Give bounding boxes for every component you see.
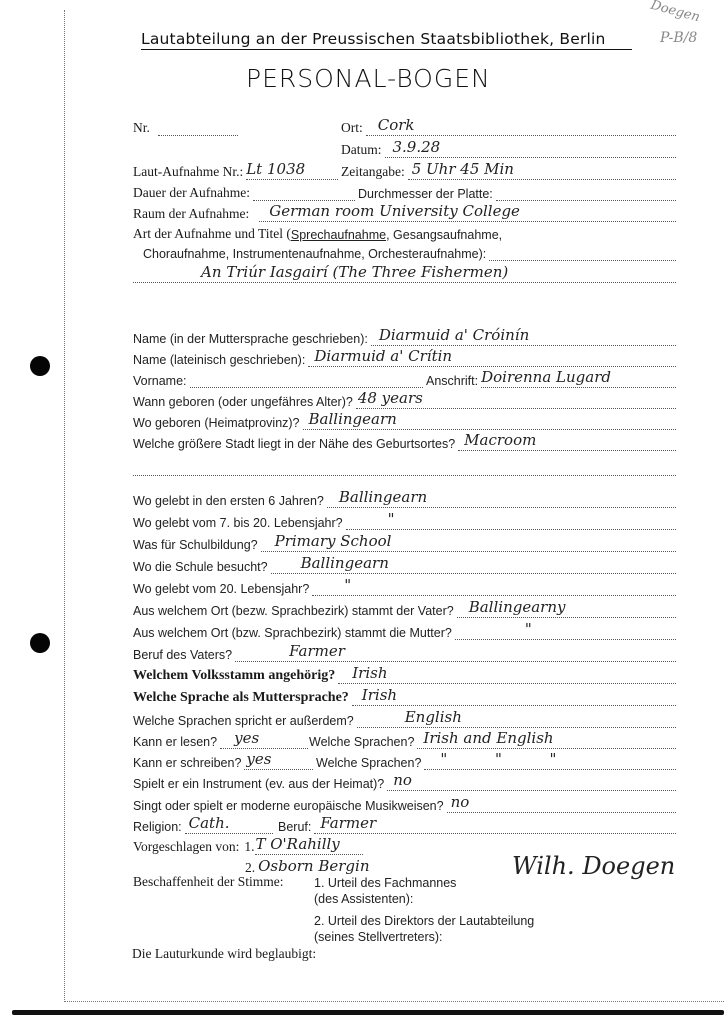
name-native-label: Name (in der Muttersprache geschrieben): xyxy=(133,332,368,346)
sprachen-field[interactable]: English xyxy=(357,710,676,728)
art-aufnahme-field[interactable] xyxy=(489,243,676,261)
gelebt-7-20-label: Wo gelebt vom 7. bis 20. Lebensjahr? xyxy=(133,516,343,530)
vater-ort-label: Aus welchem Ort (bezw. Sprachbezirk) sta… xyxy=(133,604,454,618)
stimme-label: Beschaffenheit der Stimme: xyxy=(133,874,283,890)
zeitangabe-field[interactable]: 5 Uhr 45 Min xyxy=(408,162,676,180)
vorgeschlagen-row: Vorgeschlagen von: 1. T O'Rahilly xyxy=(133,835,363,855)
zeitangabe-label: Zeitangabe: xyxy=(341,164,405,180)
nr-label: Nr. xyxy=(133,120,150,136)
gelebt-6-field[interactable]: Ballingearn xyxy=(327,490,676,508)
beruf-vater-row: Beruf des Vaters? Farmer xyxy=(133,642,676,662)
vorgeschlagen-label: Vorgeschlagen von: xyxy=(133,839,239,855)
vorschlag-1-number: 1. xyxy=(244,839,254,855)
beruf-row: Beruf: Farmer xyxy=(278,814,676,834)
vater-ort-row: Aus welchem Ort (bezw. Sprachbezirk) sta… xyxy=(133,598,676,618)
lesen-field[interactable]: yes xyxy=(220,731,308,749)
gelebt-6-row: Wo gelebt in den ersten 6 Jahren? Ballin… xyxy=(133,488,676,508)
art-aufnahme-row-1: Art der Aufnahme und Titel (Sprechaufnah… xyxy=(133,222,676,242)
durchmesser-field[interactable] xyxy=(496,183,676,201)
muttersprache-field[interactable]: Irish xyxy=(352,688,676,706)
schreiben-sprachen-row: Welche Sprachen? " " " xyxy=(316,750,676,770)
datum-field[interactable]: 3.9.28 xyxy=(385,140,677,158)
anschrift-label: Anschrift: xyxy=(426,374,478,388)
geboren-wo-row: Wo geboren (Heimatprovinz)? Ballingearn xyxy=(133,410,676,430)
frame-border-bottom xyxy=(64,1001,724,1002)
frame-border-left xyxy=(64,10,65,1002)
stadt-field[interactable]: Macroom xyxy=(458,433,676,451)
gelebt-6-label: Wo gelebt in den ersten 6 Jahren? xyxy=(133,494,324,508)
muttersprache-label: Welche Sprache als Muttersprache? xyxy=(133,690,349,706)
lesen-sprachen-field[interactable]: Irish and English xyxy=(417,731,676,749)
vorname-label: Vorname: xyxy=(133,374,187,388)
lesen-sprachen-label: Welche Sprachen? xyxy=(309,735,414,749)
datum-row: Datum: 3.9.28 xyxy=(341,138,676,158)
art-aufnahme-selected: Sprechaufnahme xyxy=(291,228,386,242)
datum-label: Datum: xyxy=(341,142,382,158)
schule-row: Wo die Schule besucht? Ballingearn xyxy=(133,554,676,574)
director-signature: Wilh. Doegen xyxy=(512,852,675,880)
lesen-sprachen-row: Welche Sprachen? Irish and English xyxy=(309,729,676,749)
stadt-extra-row xyxy=(133,456,676,476)
scan-edge-bar xyxy=(12,1010,724,1015)
schreiben-sprachen-field[interactable]: " " " xyxy=(424,752,676,770)
page-title: PERSONAL-BOGEN xyxy=(246,64,491,93)
stadt-extra-field[interactable] xyxy=(133,458,676,476)
nr-field[interactable] xyxy=(158,118,238,136)
religion-label: Religion: xyxy=(133,820,182,834)
volksstamm-label: Welchem Volksstamm angehörig? xyxy=(133,668,335,684)
gelebt-20-field[interactable]: " xyxy=(312,578,676,596)
beruf-vater-label: Beruf des Vaters? xyxy=(133,648,232,662)
religion-row: Religion: Cath. xyxy=(133,814,273,834)
lesen-label: Kann er lesen? xyxy=(133,735,217,749)
nr-row: Nr. xyxy=(133,116,238,136)
name-latin-field[interactable]: Diarmuid a' Crítin xyxy=(308,349,676,367)
musik-field[interactable]: no xyxy=(447,795,676,813)
instrument-row: Spielt er ein Instrument (ev. aus der He… xyxy=(133,771,676,791)
art-aufnahme-row-2: Choraufnahme, Instrumentenaufnahme, Orch… xyxy=(143,241,676,261)
titel-row: An Triúr Iasgairí (The Three Fishermen) xyxy=(133,263,676,283)
gelebt-7-20-field[interactable]: " xyxy=(346,512,676,530)
mutter-ort-row: Aus welchem Ort (bzw. Sprachbezirk) stam… xyxy=(133,620,676,640)
laut-aufnahme-label: Laut-Aufnahme Nr.: xyxy=(133,164,243,180)
stadt-label: Welche größere Stadt liegt in der Nähe d… xyxy=(133,437,455,451)
lesen-row: Kann er lesen? yes xyxy=(133,729,308,749)
vorschlag-2-row: 2. Osborn Bergin xyxy=(245,856,363,876)
zeitangabe-row: Zeitangabe: 5 Uhr 45 Min xyxy=(341,160,676,180)
stadt-row: Welche größere Stadt liegt in der Nähe d… xyxy=(133,431,676,451)
muttersprache-row: Welche Sprache als Muttersprache? Irish xyxy=(133,686,676,706)
urteil-2-sublabel: (seines Stellvertreters): xyxy=(314,930,443,944)
anschrift-field[interactable]: Doirenna Lugard xyxy=(481,370,676,388)
urteil-1-sublabel: (des Assistenten): xyxy=(314,892,413,906)
titel-field[interactable]: An Triúr Iasgairí (The Three Fishermen) xyxy=(133,265,676,283)
raum-row: Raum der Aufnahme: German room Universit… xyxy=(133,202,676,222)
volksstamm-field[interactable]: Irish xyxy=(338,666,676,684)
vater-ort-field[interactable]: Ballingearny xyxy=(457,600,676,618)
anschrift-row: Anschrift: Doirenna Lugard xyxy=(426,368,676,388)
beglaubigt-label: Die Lauturkunde wird beglaubigt: xyxy=(132,946,316,962)
art-aufnahme-label: Art der Aufnahme und Titel ( xyxy=(133,226,291,242)
volksstamm-row: Welchem Volksstamm angehörig? Irish xyxy=(133,664,676,684)
sprachen-label: Welche Sprachen spricht er außerdem? xyxy=(133,714,354,728)
geboren-label: Wann geboren (oder ungefähres Alter)? xyxy=(133,395,353,409)
margin-note-name: Doegen xyxy=(649,0,702,25)
durchmesser-row: Durchmesser der Platte: xyxy=(358,181,676,201)
name-native-field[interactable]: Diarmuid a' Cróinín xyxy=(371,328,676,346)
dauer-field[interactable] xyxy=(253,183,355,201)
mutter-ort-label: Aus welchem Ort (bzw. Sprachbezirk) stam… xyxy=(133,626,452,640)
geboren-field[interactable]: 48 years xyxy=(356,391,676,409)
raum-label: Raum der Aufnahme: xyxy=(133,206,249,222)
geboren-wo-field[interactable]: Ballingearn xyxy=(303,412,676,430)
gelebt-20-row: Wo gelebt vom 20. Lebensjahr? " xyxy=(133,576,676,596)
dauer-label: Dauer der Aufnahme: xyxy=(133,185,250,201)
instrument-label: Spielt er ein Instrument (ev. aus der He… xyxy=(133,777,384,791)
vorname-field[interactable] xyxy=(190,370,423,388)
musik-label: Singt oder spielt er moderne europäische… xyxy=(133,799,444,813)
geboren-wo-label: Wo geboren (Heimatprovinz)? xyxy=(133,416,300,430)
schule-field[interactable]: Ballingearn xyxy=(271,556,676,574)
geboren-row: Wann geboren (oder ungefähres Alter)? 48… xyxy=(133,389,676,409)
margin-note-ref: P-B/8 xyxy=(660,30,697,46)
name-native-row: Name (in der Muttersprache geschrieben):… xyxy=(133,326,676,346)
urteil-1-label: 1. Urteil des Fachmannes xyxy=(314,876,456,890)
schreiben-row: Kann er schreiben? yes xyxy=(133,750,313,770)
art-aufnahme-options: , Gesangsaufnahme, xyxy=(386,228,502,242)
punch-hole-top xyxy=(30,356,50,376)
durchmesser-label: Durchmesser der Platte: xyxy=(358,187,493,201)
ort-field[interactable]: Cork xyxy=(366,118,676,136)
schule-label: Wo die Schule besucht? xyxy=(133,560,268,574)
vorname-row: Vorname: xyxy=(133,368,423,388)
schreiben-sprachen-label: Welche Sprachen? xyxy=(316,756,421,770)
art-aufnahme-options-2: Choraufnahme, Instrumentenaufnahme, Orch… xyxy=(143,247,486,261)
beruf-field[interactable]: Farmer xyxy=(314,816,676,834)
sprachen-row: Welche Sprachen spricht er außerdem? Eng… xyxy=(133,708,676,728)
musik-row: Singt oder spielt er moderne europäische… xyxy=(133,793,676,813)
ort-label: Ort: xyxy=(341,120,363,136)
laut-aufnahme-field[interactable]: Lt 1038 xyxy=(246,162,338,180)
laut-aufnahme-row: Laut-Aufnahme Nr.: Lt 1038 xyxy=(133,160,338,180)
gelebt-20-label: Wo gelebt vom 20. Lebensjahr? xyxy=(133,582,309,596)
mutter-ort-field[interactable]: " xyxy=(455,622,676,640)
urteil-2-label: 2. Urteil des Direktors der Lautabteilun… xyxy=(314,914,534,928)
religion-field[interactable]: Cath. xyxy=(185,816,273,834)
schulbildung-field[interactable]: Primary School xyxy=(261,534,676,552)
beruf-label: Beruf: xyxy=(278,820,311,834)
schulbildung-label: Was für Schulbildung? xyxy=(133,538,258,552)
name-latin-row: Name (lateinisch geschrieben): Diarmuid … xyxy=(133,347,676,367)
beruf-vater-field[interactable]: Farmer xyxy=(235,644,676,662)
ort-row: Ort: Cork xyxy=(341,116,676,136)
schreiben-label: Kann er schreiben? xyxy=(133,756,241,770)
gelebt-7-20-row: Wo gelebt vom 7. bis 20. Lebensjahr? " xyxy=(133,510,676,530)
schreiben-field[interactable]: yes xyxy=(244,752,313,770)
punch-hole-bottom xyxy=(30,633,50,653)
name-latin-label: Name (lateinisch geschrieben): xyxy=(133,353,305,367)
dauer-row: Dauer der Aufnahme: xyxy=(133,181,355,201)
instrument-field[interactable]: no xyxy=(387,773,676,791)
institution-header: Lautabteilung an der Preussischen Staats… xyxy=(141,30,632,50)
raum-field[interactable]: German room University College xyxy=(259,204,676,222)
vorschlag-1-field[interactable]: T O'Rahilly xyxy=(255,837,363,855)
schulbildung-row: Was für Schulbildung? Primary School xyxy=(133,532,676,552)
